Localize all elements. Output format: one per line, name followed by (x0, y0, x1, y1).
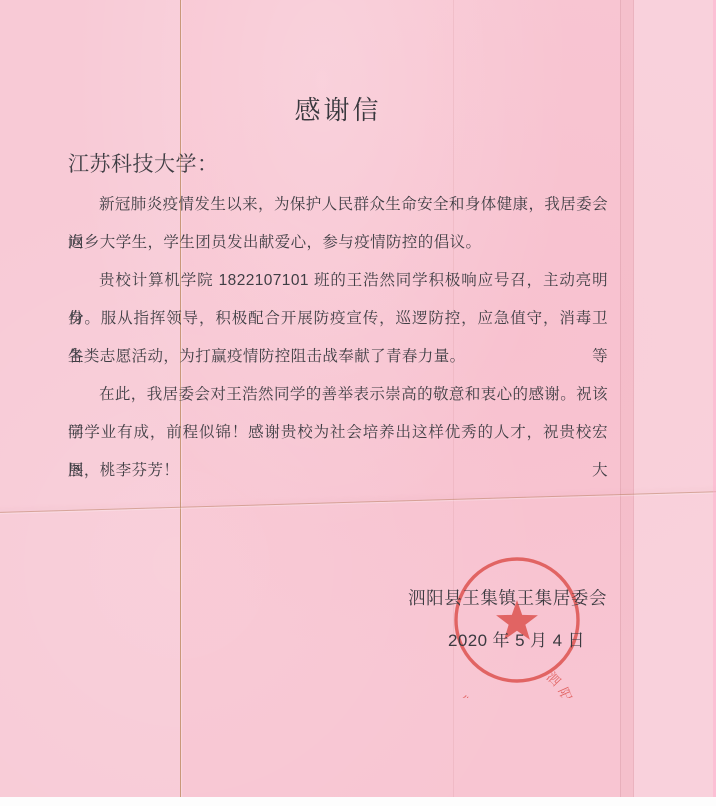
body-line: 份。服从指挥领导，积极配合开展防疫宣传，巡逻防控，应急值守，消毒卫生等 (68, 300, 608, 338)
body-lines: 新冠肺炎疫情发生以来，为保护人民群众生命安全和身体健康，我居委会向返乡大学生，学… (68, 186, 608, 490)
vertical-fold-crease-right-1 (620, 0, 621, 806)
body-line: 新冠肺炎疫情发生以来，为保护人民群众生命安全和身体健康，我居委会向 (68, 186, 608, 224)
body-line: 贵校计算机学院 1822107101 班的王浩然同学积极响应号召，主动亮明身 (68, 262, 608, 300)
body-line: 学学业有成，前程似锦！感谢贵校为社会培养出这样优秀的人才，祝贵校宏图大 (68, 414, 608, 452)
paper-strip-right (634, 0, 716, 806)
letter-salutation: 江苏科技大学： (68, 148, 219, 178)
scan-bottom-margin (0, 797, 716, 806)
scanned-letter-page: 泗阳县王集镇王集居民委员会 感谢信 江苏科技大学： 新冠肺炎疫情发生以来，为保护… (0, 0, 716, 806)
vertical-fold-crease-right-2 (633, 0, 634, 806)
date-line: 2020 年 5 月 4 日 (448, 626, 585, 651)
official-red-seal: 泗阳县王集镇王集居民委员会 (439, 542, 595, 698)
body-line: 在此，我居委会对王浩然同学的善举表示崇高的敬意和衷心的感谢。祝该同 (68, 376, 608, 414)
letter-title: 感谢信 (68, 90, 608, 127)
body-line: 返乡大学生，学生团员发出献爱心，参与疫情防控的倡议。 (68, 224, 608, 262)
paper-band-right (621, 0, 633, 806)
seal-ring-text: 泗阳县王集镇王集居民委员会 (456, 669, 578, 698)
signature-line: 泗阳县王集镇王集居委会 (408, 585, 607, 610)
